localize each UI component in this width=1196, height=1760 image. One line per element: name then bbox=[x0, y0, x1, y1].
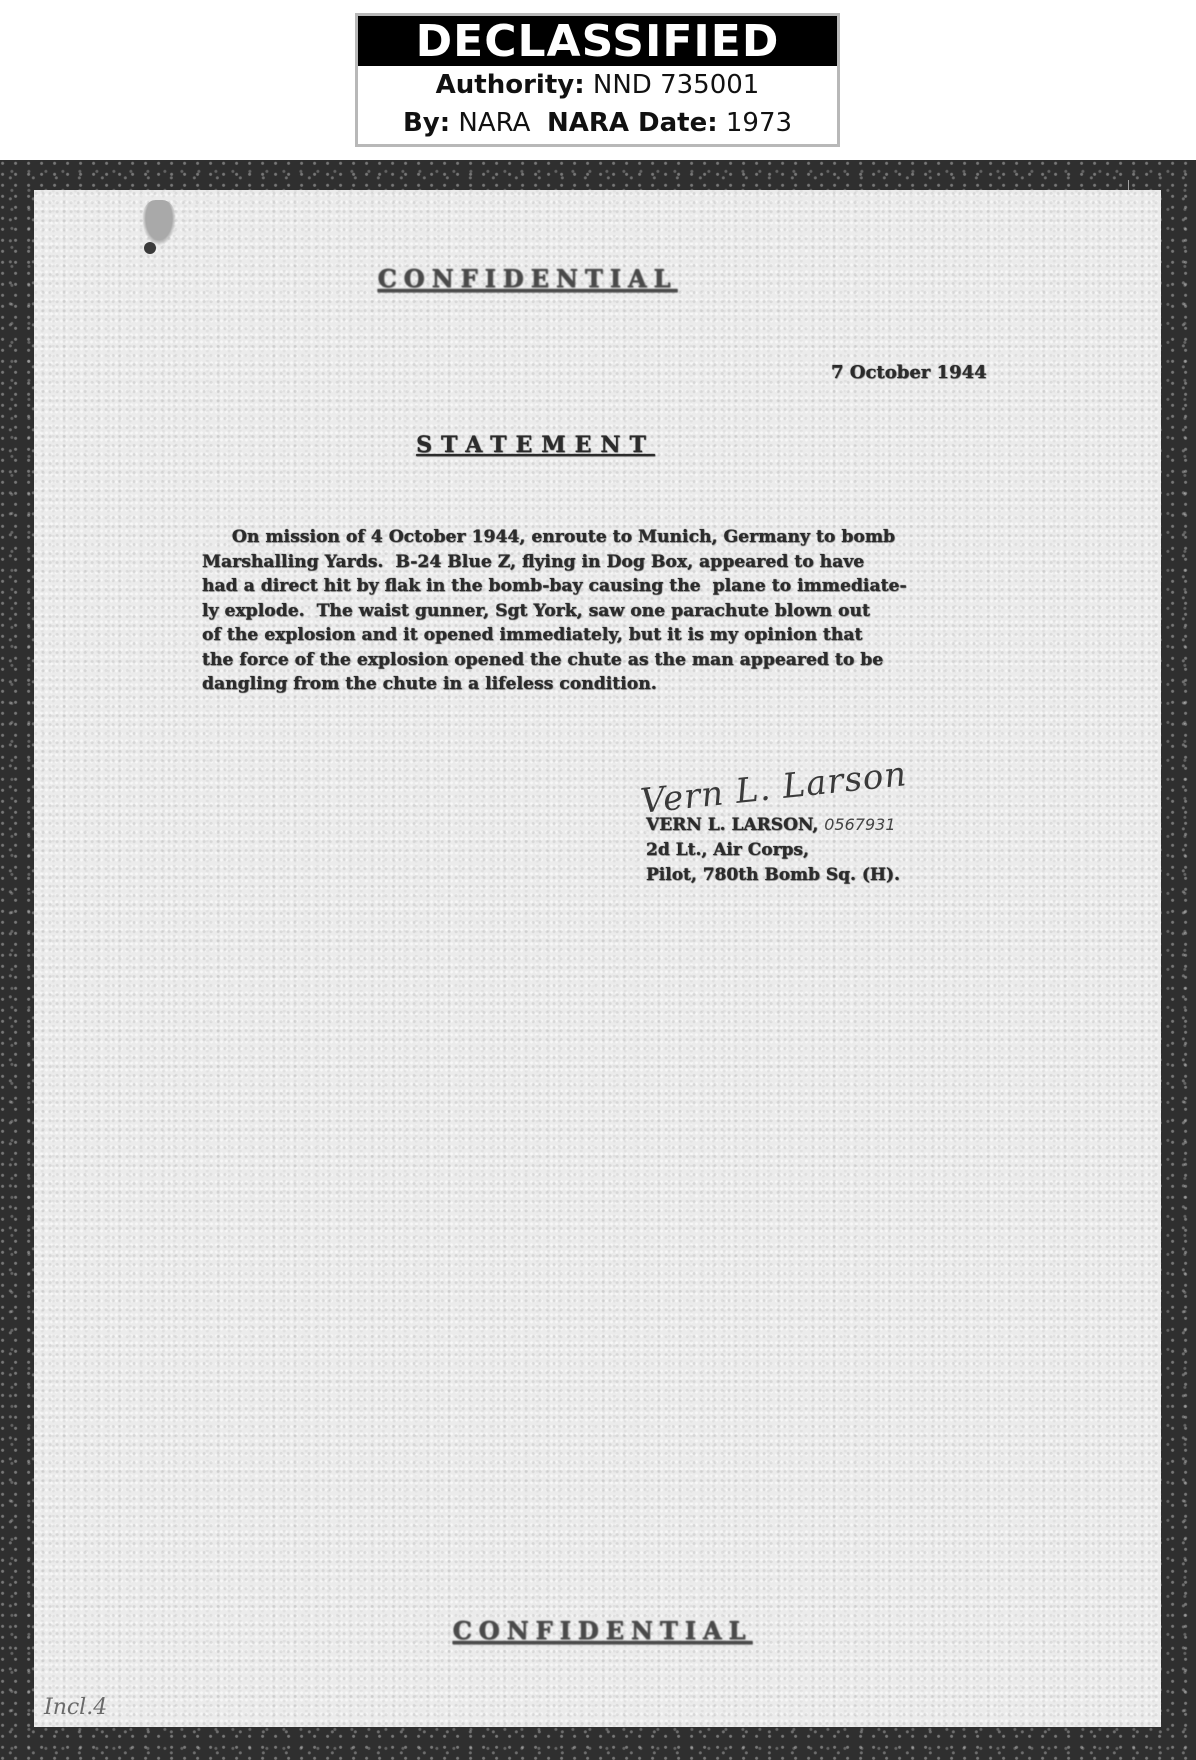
nara-date-label: NARA Date: bbox=[547, 108, 718, 138]
signer-rank: 2d Lt., Air Corps, bbox=[646, 838, 900, 863]
nara-date-value: 1973 bbox=[726, 108, 792, 138]
scan-frame: CONFIDENTIAL 7 October 1944 STATEMENT On… bbox=[0, 160, 1196, 1760]
signer-role: Pilot, 780th Bomb Sq. (H). bbox=[646, 863, 900, 888]
body-line: On mission of 4 October 1944, enroute to… bbox=[202, 525, 1082, 550]
document-date: 7 October 1944 bbox=[831, 362, 987, 383]
classification-marking-bottom: CONFIDENTIAL bbox=[34, 1616, 1161, 1645]
document-title: STATEMENT bbox=[34, 432, 1161, 458]
enclosure-note: Incl.4 bbox=[44, 1695, 107, 1720]
body-line: dangling from the chute in a lifeless co… bbox=[202, 672, 1082, 697]
signer-serial: 0567931 bbox=[824, 815, 895, 834]
signer-name-line: VERN L. LARSON,0567931 bbox=[646, 812, 900, 838]
body-line: had a direct hit by flak in the bomb-bay… bbox=[202, 574, 1082, 599]
paper-stain bbox=[142, 200, 176, 246]
by-value: NARA bbox=[458, 108, 530, 138]
declassification-stamp: DECLASSIFIED Authority: NND 735001 By: N… bbox=[355, 13, 840, 147]
body-line: the force of the explosion opened the ch… bbox=[202, 648, 1082, 673]
authority-label: Authority: bbox=[436, 70, 585, 100]
signature-block: VERN L. LARSON,0567931 2d Lt., Air Corps… bbox=[646, 812, 900, 888]
stamp-title: DECLASSIFIED bbox=[358, 16, 837, 66]
body-line: ly explode. The waist gunner, Sgt York, … bbox=[202, 599, 1082, 624]
stamp-authority-line: Authority: NND 735001 bbox=[358, 66, 837, 104]
document-page: CONFIDENTIAL 7 October 1944 STATEMENT On… bbox=[34, 190, 1161, 1727]
body-line: of the explosion and it opened immediate… bbox=[202, 623, 1082, 648]
paper-stain-dot bbox=[144, 242, 156, 254]
by-label: By: bbox=[403, 108, 450, 138]
authority-value: NND 735001 bbox=[593, 70, 759, 100]
body-line: Marshalling Yards. B-24 Blue Z, flying i… bbox=[202, 550, 1082, 575]
classification-marking-top: CONFIDENTIAL bbox=[34, 264, 1161, 293]
statement-body: On mission of 4 October 1944, enroute to… bbox=[202, 525, 1082, 697]
signer-name: VERN L. LARSON, bbox=[646, 815, 818, 835]
stamp-by-line: By: NARA NARA Date: 1973 bbox=[358, 104, 837, 142]
